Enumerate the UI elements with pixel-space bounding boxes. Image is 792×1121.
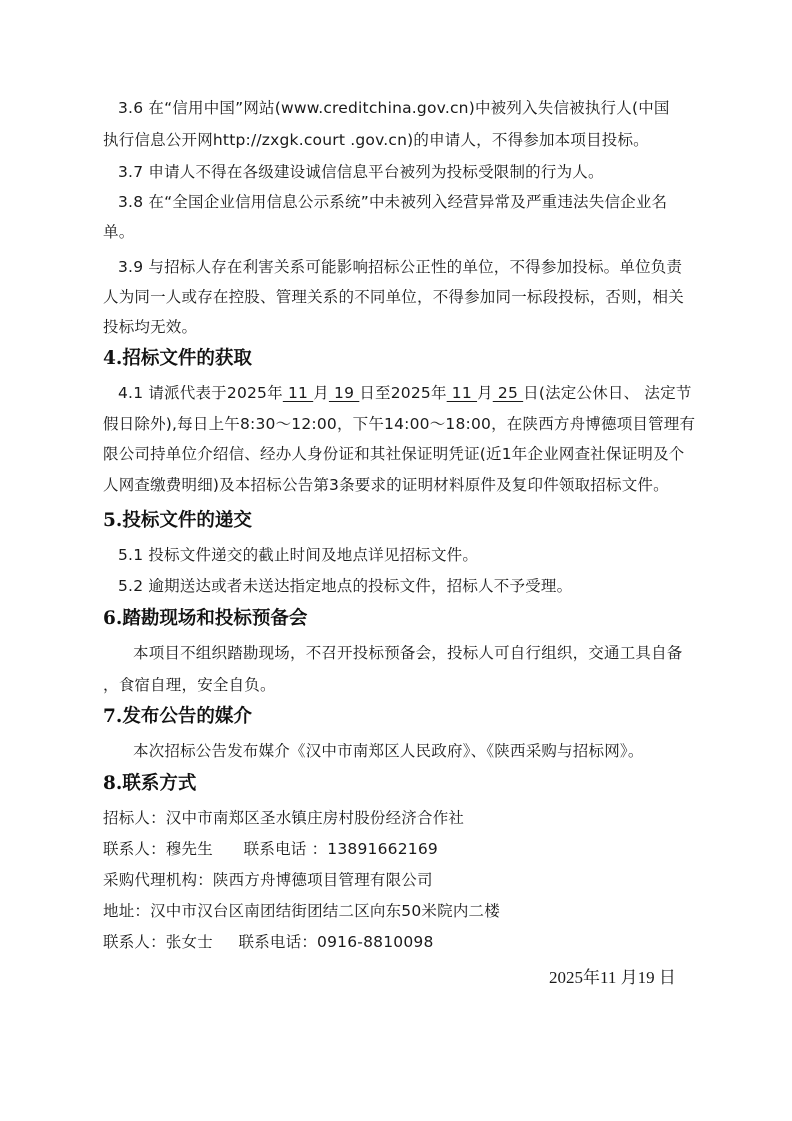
section-7-heading: 7.发布公告的媒介 <box>103 702 252 728</box>
clause-3-8-line-1: 3.8 在“全国企业信用信息公示系统”中未被列入经营异常及严重违法失信企业名 <box>118 190 667 212</box>
clause-4-1-line-4: 人网查缴费明细)及本招标公告第3条要求的证明材料原件及复印件领取招标文件。 <box>103 473 669 495</box>
month-label: 月 <box>313 384 329 402</box>
clause-3-9-line-3: 投标均无效。 <box>103 315 197 337</box>
clause-3-6-line-1: 3.6 在“信用中国”网站(www.creditchina.gov.cn)中被列… <box>118 96 670 118</box>
clause-4-1-prefix: 4.1 请派代表于2025年 <box>118 384 283 402</box>
agency-contact: 联系人：张女士 联系电话：0916-8810098 <box>103 930 434 952</box>
tenderer-info: 招标人：汉中市南郑区圣水镇庄房村股份经济合作社 <box>103 806 464 828</box>
start-month: 11 <box>283 384 313 402</box>
section-6-line-2: ，食宿自理，安全自负。 <box>103 673 276 695</box>
clause-3-8-line-2: 单。 <box>103 220 134 242</box>
clause-4-1-line-1: 4.1 请派代表于2025年 11 月 19 日至2025年 11 月 25 日… <box>118 381 692 403</box>
section-6-line-1: 本项目不组织踏勘现场，不召开投标预备会，投标人可自行组织，交通工具自备 <box>133 641 683 663</box>
tenderer-contact: 联系人：穆先生 联系电话 ：13891662169 <box>103 837 438 859</box>
section-7-line-1: 本次招标公告发布媒介《汉中市南郑区人民政府》、《陕西采购与招标网》。 <box>133 739 644 761</box>
clause-5-1: 5.1 投标文件递交的截止时间及地点详见招标文件。 <box>118 543 478 565</box>
end-day: 25 <box>493 384 523 402</box>
clause-3-9-line-2: 人为同一人或存在控股、管理关系的不同单位，不得参加同一标段投标，否则，相关 <box>103 285 684 307</box>
clause-4-1-suffix: 日(法定公休日、 法定节 <box>523 384 691 402</box>
end-month: 11 <box>447 384 477 402</box>
clause-3-6-line-2: 执行信息公开网http://zxgk.court .gov.cn)的申请人，不得… <box>103 128 649 150</box>
clause-3-9-line-1: 3.9 与招标人存在利害关系可能影响招标公正性的单位，不得参加投标。单位负责 <box>118 255 682 277</box>
section-4-heading: 4.招标文件的获取 <box>103 344 252 370</box>
clause-3-7: 3.7 申请人不得在各级建设诚信信息平台被列为投标受限制的行为人。 <box>118 160 604 182</box>
section-5-heading: 5.投标文件的递交 <box>103 506 252 532</box>
section-8-heading: 8.联系方式 <box>103 769 196 795</box>
clause-4-1-line-3: 限公司持单位介绍信、经办人身份证和其社保证明凭证(近1年企业网查社保证明及个 <box>103 442 685 464</box>
section-6-heading: 6.踏勘现场和投标预备会 <box>103 604 307 630</box>
clause-5-2: 5.2 逾期送达或者未送达指定地点的投标文件，招标人不予受理。 <box>118 574 572 596</box>
clause-4-1-line-2: 假日除外),每日上午8:30～12:00，下午14:00～18:00，在陕西方舟… <box>103 412 695 434</box>
start-day: 19 <box>329 384 359 402</box>
month-label: 月 <box>477 384 493 402</box>
clause-4-1-mid: 日至2025年 <box>359 384 446 402</box>
agency-info: 采购代理机构：陕西方舟博德项目管理有限公司 <box>103 868 433 890</box>
agency-address: 地址：汉中市汉台区南团结街团结二区向东50米院内二楼 <box>103 899 500 921</box>
document-date: 2025年11 月19 日 <box>549 963 676 988</box>
document-page: 3.6 在“信用中国”网站(www.creditchina.gov.cn)中被列… <box>0 0 792 1121</box>
